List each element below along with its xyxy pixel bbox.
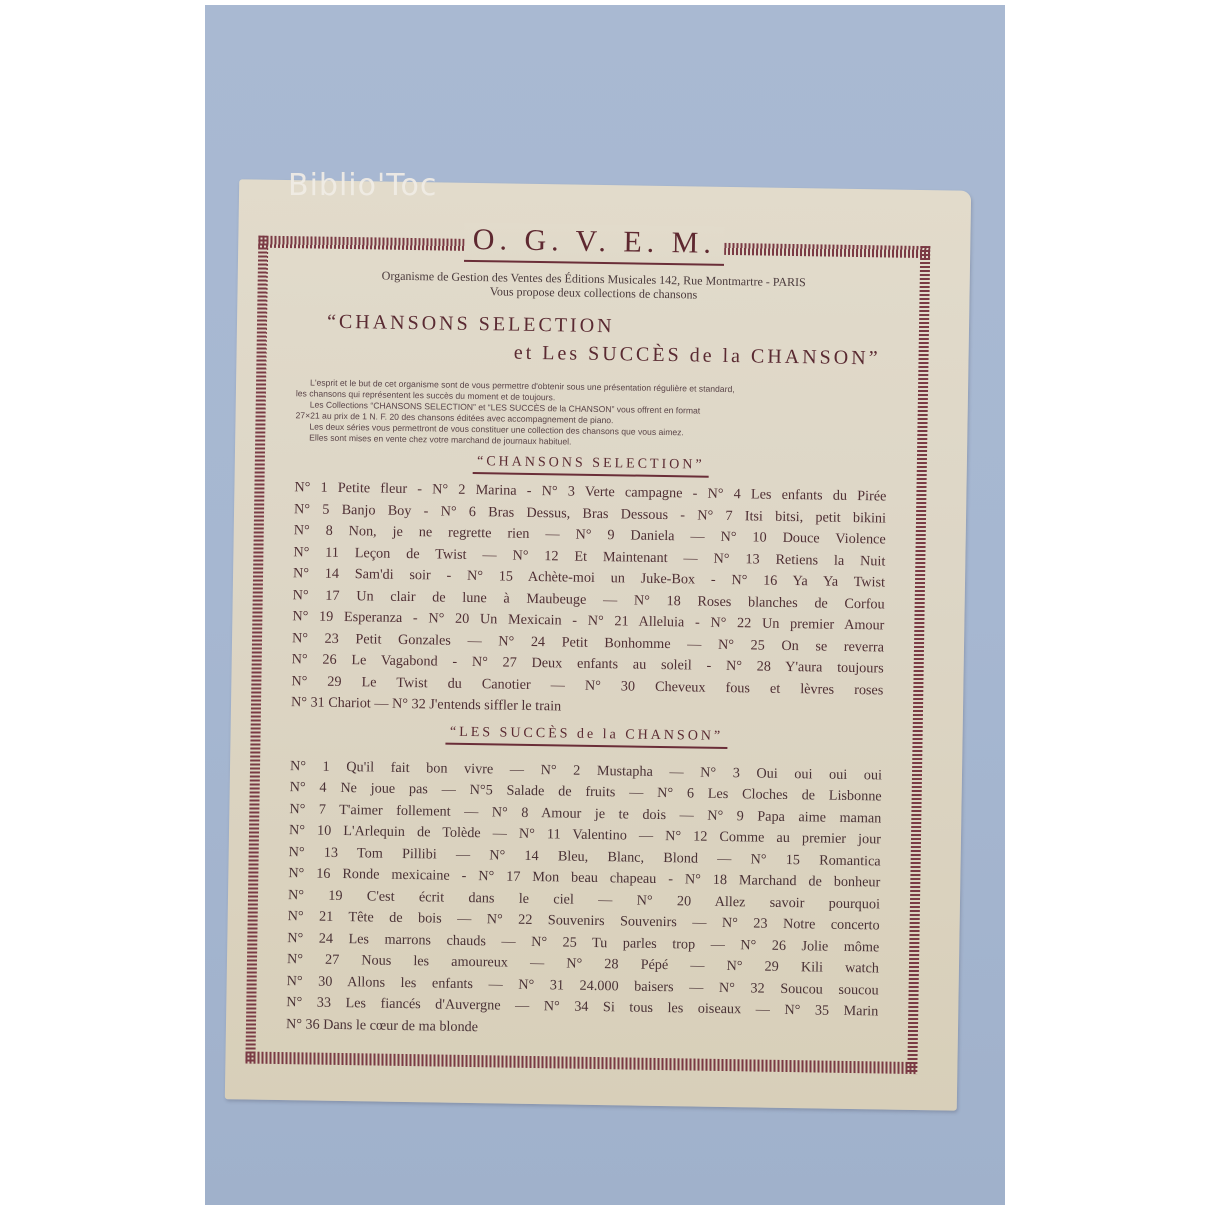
song-list-succes-chanson: N° 1 Qu'il fait bon vivre — N° 2 Mustaph… <box>286 756 882 1045</box>
catalog-sheet: O. G. V. E. M. Organisme de Gestion des … <box>225 179 971 1110</box>
frame-bottom-border <box>245 1052 917 1075</box>
intro-paragraph: L'esprit et le but de cet organisme sont… <box>295 377 888 452</box>
organisation-description: Organisme de Gestion des Ventes des Édit… <box>297 267 889 304</box>
song-list-chansons-selection: N° 1 Petite fleur - N° 2 Marina - N° 3 V… <box>291 477 887 723</box>
page-title: O. G. V. E. M. <box>464 223 724 266</box>
watermark-logo: Biblio'Toc <box>288 168 437 203</box>
collections-heading: “CHANSONS SELECTION et Les SUCCÈS de la … <box>296 307 889 372</box>
section-heading-chansons-selection: “CHANSONS SELECTION” <box>473 454 709 478</box>
section-heading-succes-chanson: “LES SUCCÈS de la CHANSON” <box>446 724 728 748</box>
sheet-content: O. G. V. E. M. Organisme de Gestion des … <box>286 220 891 1044</box>
frame-left-border <box>245 236 268 1064</box>
frame-right-border <box>907 246 930 1074</box>
